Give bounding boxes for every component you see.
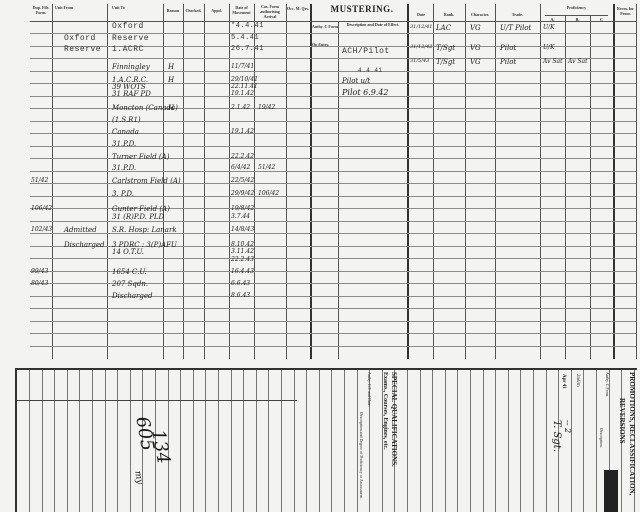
col-line	[636, 4, 637, 359]
header-appd: Appd.	[204, 8, 229, 13]
lower-rule	[105, 370, 106, 512]
promotions-desc: Description.	[599, 428, 604, 448]
movement-unit-from: Reserve	[64, 45, 101, 54]
movement-date: 22.2.43	[231, 256, 254, 263]
row-line	[30, 71, 636, 72]
character-value: VG	[470, 58, 481, 66]
header-character: Character.	[465, 12, 495, 17]
movement-unit-to: Oxford	[112, 22, 144, 31]
lower-rule	[508, 370, 509, 512]
lower-rule	[571, 370, 572, 512]
proficiency-a: U/K	[543, 24, 555, 31]
proficiency-a: Av Sat	[543, 58, 563, 65]
promotion-entry-desc: T. Sgt.	[551, 420, 562, 452]
movement-unit-to: 31.P.D.	[112, 140, 136, 148]
lower-rule	[319, 370, 320, 512]
movement-date: 29/9/42	[231, 190, 254, 197]
special-quals-title: SPECIAL QUALIFICATIONS.	[390, 372, 398, 467]
lower-rule	[533, 370, 534, 512]
row-line	[30, 258, 636, 259]
movement-unit-to: 1.ACRC	[112, 45, 144, 54]
character-value: VG	[470, 44, 481, 52]
movement-unit-from: Admitted	[64, 226, 97, 234]
movement-unit-to: Canada	[112, 128, 139, 136]
movement-date: 8.6.43	[231, 292, 250, 299]
lower-rule	[294, 370, 295, 512]
header-date: Date	[409, 12, 433, 17]
lower-rule	[205, 370, 206, 512]
special-quals-authy: Authy. C.F. and Date.	[367, 372, 372, 407]
lower-rule	[596, 370, 597, 512]
lower-rule	[117, 370, 118, 512]
header-prof-b: B.	[565, 17, 590, 22]
movement-date: 16.4.43	[231, 268, 254, 275]
rank-value: T/Sgt	[436, 58, 455, 66]
row-line	[30, 346, 636, 347]
lower-rule	[457, 370, 458, 512]
mustering-entry: ACH/Pilot	[342, 47, 390, 56]
lower-rule	[180, 370, 181, 512]
lower-rule	[331, 370, 332, 512]
movement-date: 29/10/41	[231, 76, 258, 83]
promotions-sub: REVERSIONS	[618, 398, 626, 444]
lower-rule	[193, 370, 194, 512]
lower-rule	[357, 370, 358, 512]
lower-rule	[483, 370, 484, 512]
trade-value: U/T Pilot	[500, 24, 531, 32]
header-prof-a: A.	[540, 17, 565, 22]
movement-unit-to: Carlstrom Field (A)	[112, 177, 181, 185]
header-checked: Checked.	[183, 8, 204, 13]
movement-unit-to: 207 Sqdn.	[112, 280, 148, 288]
lower-rule	[79, 370, 80, 512]
mustering-entry: Pilot u/t	[342, 77, 370, 85]
movement-date: 2.1.42	[231, 104, 250, 111]
movement-unit-to: (1.S.R1)	[112, 116, 141, 124]
movement-date: 22.2.42	[231, 153, 254, 160]
header-authy-c-form: Authy. C Form	[312, 24, 338, 29]
lower-section	[15, 368, 637, 512]
movement-unit-to: 31 (R)P.D. PLD	[112, 213, 164, 221]
header-unit-from: Unit From	[55, 5, 105, 10]
movement-date: 19.1.42	[231, 128, 254, 135]
movement-unit-to: Gunter Field (A)	[112, 205, 170, 213]
movement-unit-from: Oxford	[64, 34, 96, 43]
movement-cas-form: 19/42	[258, 104, 275, 111]
lower-rule	[470, 370, 471, 512]
special-quals-sub: Exams., Courses, Engines, etc.	[382, 372, 388, 450]
movement-unit-to: 1654 C.U.	[112, 268, 147, 276]
movement-unit-to: S.R. Hosp: Lanark	[112, 226, 177, 234]
movement-reason: H	[168, 63, 174, 71]
lower-rule	[54, 370, 55, 512]
trade-value: Pilot	[500, 44, 516, 52]
row-line	[30, 333, 636, 334]
special-quals-desc: Description and Degree of Proficiency or…	[359, 412, 364, 499]
movement-cas-form: 106/42	[258, 190, 279, 197]
lower-rule	[407, 370, 408, 512]
row-line	[30, 321, 636, 322]
lower-rule	[344, 370, 345, 512]
promotion-entry-note: -- 2	[563, 420, 572, 433]
lower-rule	[495, 370, 496, 512]
header-unit-to: Unit To	[112, 5, 162, 10]
movement-dup-ref: 80/43	[31, 280, 48, 287]
lower-rule	[583, 370, 584, 512]
movement-dup-ref: 51/42	[31, 177, 48, 184]
movement-date: 6/4/42	[231, 164, 250, 171]
proficiency-b: Av Sat	[568, 58, 588, 65]
movement-date: 26.7.41	[231, 45, 264, 53]
promotions-title: PROMOTIONS, RECLASSIFICATION,	[628, 372, 636, 495]
movement-unit-to: Finningley	[112, 63, 150, 71]
movement-reason: H	[168, 104, 174, 112]
movement-unit-to: 3. P.D.	[112, 190, 134, 198]
lower-rule	[130, 370, 131, 512]
movement-date: 3.11.42	[231, 248, 254, 255]
rank-value: T/Sgt	[436, 44, 455, 52]
lower-rule	[420, 370, 421, 512]
movement-date: *4.4.41	[231, 22, 264, 30]
movement-date: 11/7/41	[231, 63, 254, 70]
rank-date: 31/12/41	[410, 24, 432, 30]
lower-rule	[42, 370, 43, 512]
header-occ-m-qrs: Occ. M. Qrs.	[286, 6, 310, 11]
service-record-form: Dup. File. Form. Unit From Unit To Reaso…	[0, 0, 640, 512]
header-mustering: MUSTERING.	[318, 4, 406, 14]
lower-rule	[520, 370, 521, 512]
header-cas-form: Cas. Form authorising Arrival	[254, 4, 286, 19]
lower-rule	[268, 370, 269, 512]
movement-unit-to: 31.P.D.	[112, 164, 136, 172]
movement-dup-ref: 106/42	[31, 205, 52, 212]
mustering-entry: 4.4.41	[358, 67, 383, 74]
lower-rule	[29, 370, 30, 512]
header-on-entry: On Entry.	[312, 42, 338, 47]
rank-value: LAC	[436, 24, 451, 32]
movement-unit-from: Discharged	[64, 241, 105, 249]
lower-rule	[546, 370, 547, 512]
character-value: VG	[470, 24, 481, 32]
lower-rule	[243, 370, 244, 512]
promotions-authy: Authy. C Form.	[605, 372, 610, 397]
movement-cas-form: 51/42	[258, 164, 275, 171]
lower-rule	[306, 370, 307, 512]
movement-unit-to: Discharged	[112, 292, 153, 300]
header-prof-c: C	[590, 17, 613, 22]
lower-rule	[67, 370, 68, 512]
movement-date: 22/5/42	[231, 177, 254, 184]
movement-date: 6.6.43	[231, 280, 250, 287]
lower-rule	[445, 370, 446, 512]
handwritten-note: my	[132, 470, 144, 485]
proficiency-a: U/K	[543, 44, 555, 51]
header-reason: Reason	[163, 8, 183, 13]
movement-date: 19/8/42	[231, 205, 254, 212]
lower-rule	[281, 370, 282, 512]
rank-date: 31/5/43	[410, 58, 429, 64]
movement-unit-to: Reserve	[112, 34, 149, 43]
promotion-entry-authy: 2nd/m	[575, 374, 580, 387]
row-line	[30, 308, 636, 309]
movement-date: 3.7.44	[231, 213, 250, 220]
lower-rule	[256, 370, 257, 512]
header-trade: Trade.	[495, 12, 540, 17]
rank-date: 31/12/42	[410, 44, 432, 50]
header-proficiency: Proficiency	[540, 5, 613, 10]
movement-dup-ref: 102/43	[31, 226, 52, 233]
movement-date: 8.10.42	[231, 241, 254, 248]
ink-blot	[604, 470, 618, 512]
trade-value: Pilot	[500, 58, 516, 66]
header-description-date: Description and Date of Effect.	[340, 22, 406, 27]
promotion-entry-date: Apr 41	[561, 374, 566, 389]
movement-unit-to: 14 O.T.U.	[112, 248, 144, 256]
header-dup-file-form: Dup. File. Form.	[30, 5, 52, 15]
movement-unit-to: 31 RAF PD	[112, 90, 151, 98]
header-rank: Rank.	[433, 12, 465, 17]
lower-divider	[17, 400, 297, 401]
movement-unit-to: Turner Field (A)	[112, 153, 169, 161]
header-date-of-movement: Date of Movement	[229, 5, 254, 15]
movement-date: 14/8/43	[231, 226, 254, 233]
movement-date: 19.1.42	[231, 90, 254, 97]
lower-rule	[218, 370, 219, 512]
header-recd-for-prom: Recm. for Prom.	[615, 6, 636, 16]
movement-dup-ref: 99/43	[31, 268, 48, 275]
lower-rule	[92, 370, 93, 512]
row-line	[30, 221, 636, 222]
lower-rule	[231, 370, 232, 512]
movement-date: 5.4.41	[231, 34, 259, 42]
movement-date: 22.11.41	[231, 83, 258, 90]
lower-rule	[432, 370, 433, 512]
proficiency-divider	[545, 15, 608, 16]
movement-reason: H	[168, 76, 174, 84]
mustering-entry: Pilot 6.9.42	[342, 88, 389, 97]
